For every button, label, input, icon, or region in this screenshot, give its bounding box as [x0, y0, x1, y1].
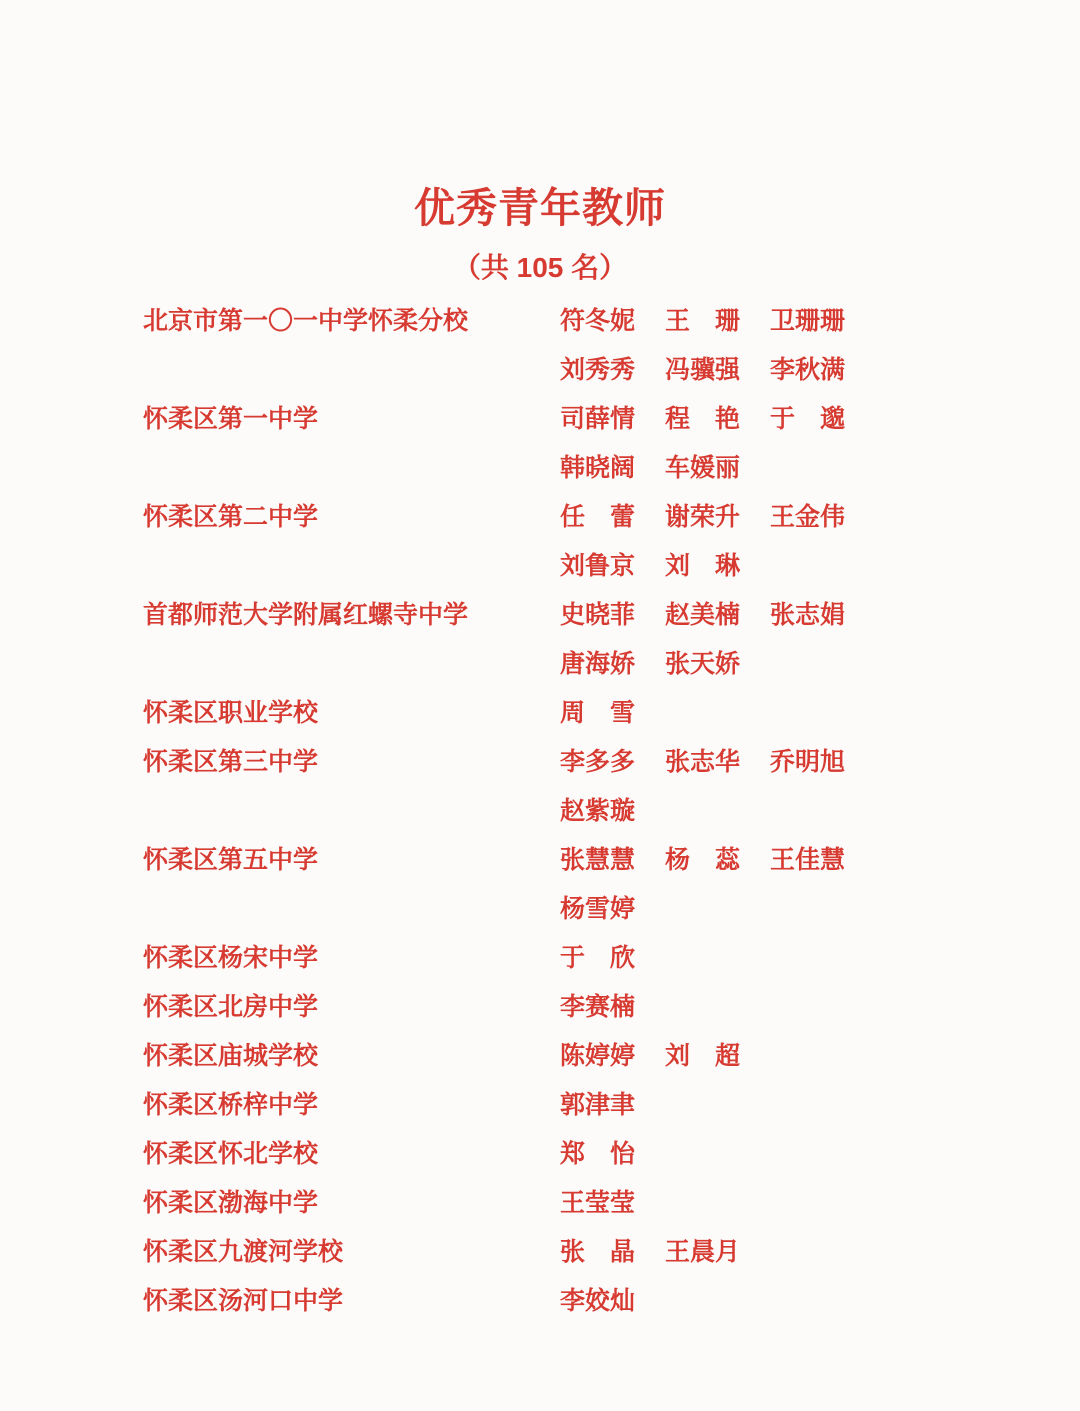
teacher-name: 刘鲁京: [560, 546, 635, 582]
list-row: 怀柔区第一中学 司薛情程 艳于 邈: [143, 392, 1080, 441]
row-names: 张 晶王晨月: [560, 1232, 740, 1268]
document-page: 优秀青年教师 （共 105 名） 北京市第一〇一中学怀柔分校 符冬妮王 珊卫珊珊…: [0, 0, 1080, 1411]
teacher-name: 任 蕾: [560, 497, 635, 533]
page-subtitle: （共 105 名）: [0, 254, 1080, 282]
row-names: 司薛情程 艳于 邈: [560, 399, 845, 435]
teacher-name: 司薛情: [560, 399, 635, 435]
teacher-name: 张天娇: [665, 644, 740, 680]
teacher-name: 于 邈: [770, 399, 845, 435]
row-names: 周 雪: [560, 693, 635, 729]
teacher-name: 王 珊: [665, 301, 740, 337]
row-names: 唐海娇张天娇: [560, 644, 740, 680]
school-name: 怀柔区庙城学校: [143, 1036, 560, 1072]
row-names: 赵紫璇: [560, 791, 635, 827]
row-names: 郑 怡: [560, 1134, 635, 1170]
list-row: 赵紫璇: [143, 784, 1080, 833]
list-row: 怀柔区渤海中学 王莹莹: [143, 1176, 1080, 1225]
row-names: 郭津聿: [560, 1085, 635, 1121]
row-names: 于 欣: [560, 938, 635, 974]
teacher-name: 刘 琳: [665, 546, 740, 582]
row-names: 李多多张志华乔明旭: [560, 742, 845, 778]
teacher-name: 卫珊珊: [770, 301, 845, 337]
teacher-list: 北京市第一〇一中学怀柔分校 符冬妮王 珊卫珊珊 刘秀秀冯骥强李秋满 怀柔区第一中…: [143, 294, 1080, 1323]
school-name: 怀柔区北房中学: [143, 987, 560, 1023]
list-row: 怀柔区北房中学 李赛楠: [143, 980, 1080, 1029]
list-row: 怀柔区杨宋中学 于 欣: [143, 931, 1080, 980]
list-row: 怀柔区桥梓中学 郭津聿: [143, 1078, 1080, 1127]
teacher-name: 乔明旭: [770, 742, 845, 778]
teacher-name: 李秋满: [770, 350, 845, 386]
teacher-name: 韩晓阔: [560, 448, 635, 484]
list-row: 唐海娇张天娇: [143, 637, 1080, 686]
list-row: 北京市第一〇一中学怀柔分校 符冬妮王 珊卫珊珊: [143, 294, 1080, 343]
teacher-name: 于 欣: [560, 938, 635, 974]
row-names: 刘秀秀冯骥强李秋满: [560, 350, 845, 386]
list-row: 怀柔区职业学校 周 雪: [143, 686, 1080, 735]
school-name: 怀柔区渤海中学: [143, 1183, 560, 1219]
school-name: 怀柔区第三中学: [143, 742, 560, 778]
teacher-name: 符冬妮: [560, 301, 635, 337]
teacher-name: 周 雪: [560, 693, 635, 729]
list-row: 首都师范大学附属红螺寺中学 史晓菲赵美楠张志娟: [143, 588, 1080, 637]
row-names: 张慧慧杨 蕊王佳慧: [560, 840, 845, 876]
teacher-name: 李赛楠: [560, 987, 635, 1023]
row-names: 王莹莹: [560, 1183, 635, 1219]
teacher-name: 张 晶: [560, 1232, 635, 1268]
school-name: 首都师范大学附属红螺寺中学: [143, 595, 560, 631]
teacher-name: 刘 超: [665, 1036, 740, 1072]
row-names: 刘鲁京刘 琳: [560, 546, 740, 582]
teacher-name: 唐海娇: [560, 644, 635, 680]
teacher-name: 张慧慧: [560, 840, 635, 876]
row-names: 陈婷婷刘 超: [560, 1036, 740, 1072]
school-name: 怀柔区杨宋中学: [143, 938, 560, 974]
list-row: 怀柔区第五中学 张慧慧杨 蕊王佳慧: [143, 833, 1080, 882]
school-name: 怀柔区职业学校: [143, 693, 560, 729]
row-names: 史晓菲赵美楠张志娟: [560, 595, 845, 631]
school-name: 怀柔区第一中学: [143, 399, 560, 435]
school-name: 怀柔区怀北学校: [143, 1134, 560, 1170]
teacher-name: 刘秀秀: [560, 350, 635, 386]
teacher-name: 李姣灿: [560, 1281, 635, 1317]
teacher-name: 杨 蕊: [665, 840, 740, 876]
teacher-name: 王佳慧: [770, 840, 845, 876]
school-name: 怀柔区第二中学: [143, 497, 560, 533]
teacher-name: 郑 怡: [560, 1134, 635, 1170]
teacher-name: 王金伟: [770, 497, 845, 533]
teacher-name: 王莹莹: [560, 1183, 635, 1219]
school-name: 北京市第一〇一中学怀柔分校: [143, 301, 560, 337]
teacher-name: 谢荣升: [665, 497, 740, 533]
teacher-name: 张志华: [665, 742, 740, 778]
teacher-name: 车媛丽: [665, 448, 740, 484]
list-row: 刘秀秀冯骥强李秋满: [143, 343, 1080, 392]
row-names: 杨雪婷: [560, 889, 635, 925]
row-names: 李姣灿: [560, 1281, 635, 1317]
school-name: 怀柔区桥梓中学: [143, 1085, 560, 1121]
teacher-name: 冯骥强: [665, 350, 740, 386]
row-names: 韩晓阔车媛丽: [560, 448, 740, 484]
teacher-name: 史晓菲: [560, 595, 635, 631]
row-names: 符冬妮王 珊卫珊珊: [560, 301, 845, 337]
teacher-name: 杨雪婷: [560, 889, 635, 925]
teacher-name: 陈婷婷: [560, 1036, 635, 1072]
teacher-name: 郭津聿: [560, 1085, 635, 1121]
school-name: 怀柔区九渡河学校: [143, 1232, 560, 1268]
list-row: 怀柔区怀北学校 郑 怡: [143, 1127, 1080, 1176]
list-row: 杨雪婷: [143, 882, 1080, 931]
row-names: 任 蕾谢荣升王金伟: [560, 497, 845, 533]
list-row: 怀柔区汤河口中学 李姣灿: [143, 1274, 1080, 1323]
teacher-name: 王晨月: [665, 1232, 740, 1268]
list-row: 韩晓阔车媛丽: [143, 441, 1080, 490]
list-row: 怀柔区九渡河学校 张 晶王晨月: [143, 1225, 1080, 1274]
list-row: 刘鲁京刘 琳: [143, 539, 1080, 588]
teacher-name: 赵紫璇: [560, 791, 635, 827]
teacher-name: 张志娟: [770, 595, 845, 631]
school-name: 怀柔区第五中学: [143, 840, 560, 876]
teacher-name: 赵美楠: [665, 595, 740, 631]
teacher-name: 程 艳: [665, 399, 740, 435]
teacher-name: 李多多: [560, 742, 635, 778]
list-row: 怀柔区第三中学 李多多张志华乔明旭: [143, 735, 1080, 784]
row-names: 李赛楠: [560, 987, 635, 1023]
school-name: 怀柔区汤河口中学: [143, 1281, 560, 1317]
list-row: 怀柔区第二中学 任 蕾谢荣升王金伟: [143, 490, 1080, 539]
list-row: 怀柔区庙城学校 陈婷婷刘 超: [143, 1029, 1080, 1078]
page-title: 优秀青年教师: [0, 0, 1080, 229]
